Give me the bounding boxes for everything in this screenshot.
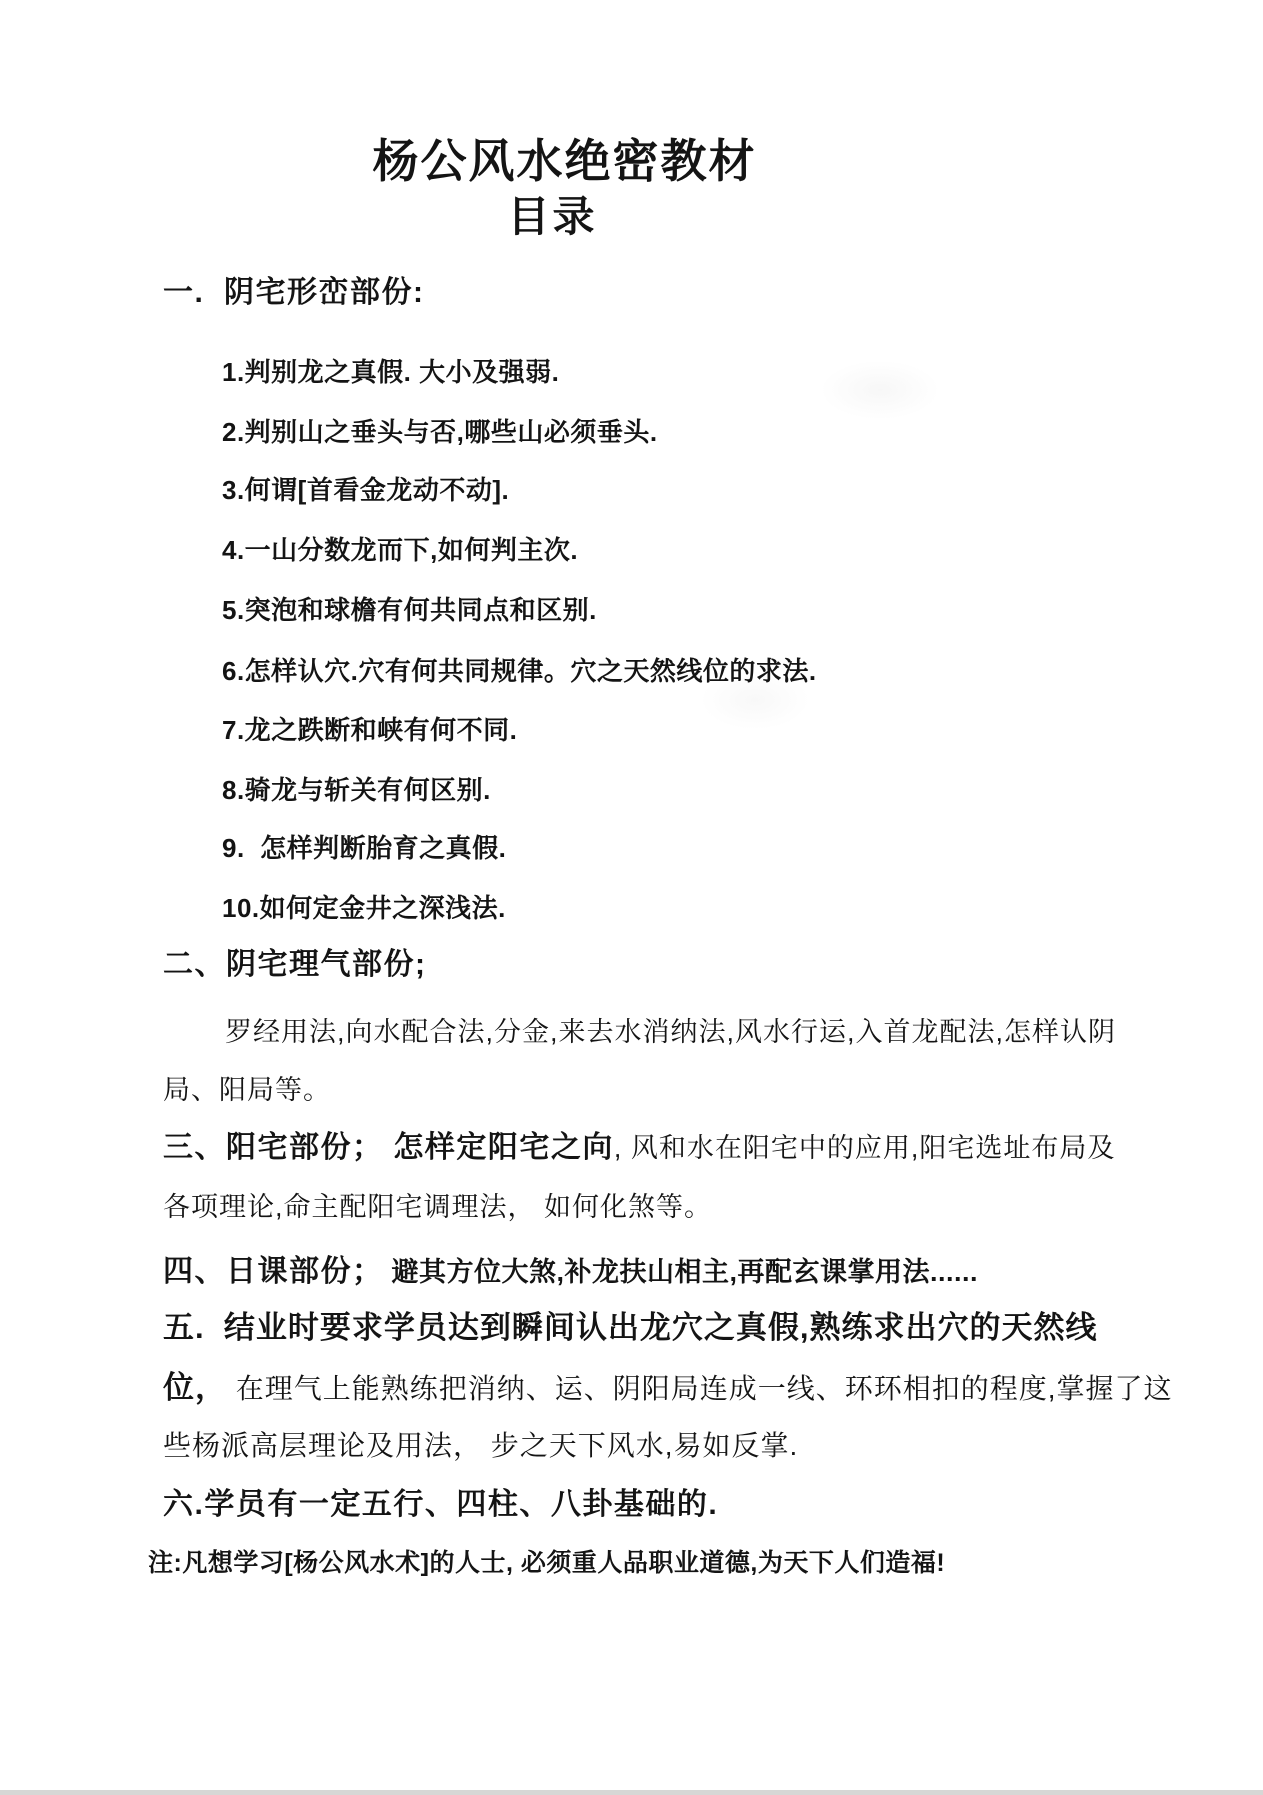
- section-5-line-2-rest: 在理气上能熟练把消纳、运、阴阳局连成一线、环环相扣的程度,掌握了这: [227, 1373, 1173, 1404]
- toc-item-6: 6.怎样认穴.穴有何共同规律。穴之天然线位的求法.: [222, 658, 817, 684]
- toc-item-4: 4.一山分数龙而下,如何判主次.: [222, 537, 578, 563]
- section-4-rest: 避其方位大煞,补龙扶山相主,再配玄课掌用法......: [384, 1257, 979, 1287]
- toc-item-3: 3.何谓[首看金龙动不动].: [222, 477, 509, 503]
- section-5-line-2: 位， 在理气上能熟练把消纳、运、阴阳局连成一线、环环相扣的程度,掌握了这: [163, 1372, 1173, 1403]
- toc-item-2: 2.判别山之垂头与否,哪些山必须垂头.: [222, 419, 658, 445]
- page-title: 杨公风水绝密教材: [0, 138, 1196, 184]
- page-subtitle: 目录: [0, 196, 1184, 238]
- section-2-heading: 二、阴宅理气部份;: [163, 950, 427, 980]
- section-3-heading: 三、阳宅部份； 怎样定阳宅之向: [163, 1131, 614, 1164]
- toc-item-1: 1.判别龙之真假. 大小及强弱.: [222, 359, 559, 385]
- section-1-heading: 一. 阴宅形峦部份:: [163, 278, 425, 308]
- footer-note: 注:凡想学习[杨公风水术]的人士, 必须重人品职业道德,为天下人们造福!: [148, 1551, 945, 1576]
- section-5-line-1: 五. 结业时要求学员达到瞬间认出龙穴之真假,熟练求出穴的天然线: [163, 1312, 1097, 1343]
- section-3-line-1: 三、阳宅部份； 怎样定阳宅之向, 风和水在阳宅中的应用,阳宅选址布局及: [163, 1133, 1115, 1163]
- section-5-line-2-bold: 位，: [163, 1370, 227, 1405]
- section-5-line-3: 些杨派高层理论及用法， 步之天下风水,易如反掌.: [163, 1432, 798, 1460]
- document-page: 杨公风水绝密教材 目录 一. 阴宅形峦部份: 1.判别龙之真假. 大小及强弱. …: [0, 0, 1263, 1795]
- section-6-heading: 六.学员有一定五行、四柱、八卦基础的.: [163, 1490, 718, 1520]
- scan-edge-shadow: [0, 1790, 1263, 1795]
- section-4-line: 四、日课部份； 避其方位大煞,补龙扶山相主,再配玄课掌用法......: [163, 1257, 978, 1287]
- section-3-line-1-rest: , 风和水在阳宅中的应用,阳宅选址布局及: [614, 1133, 1116, 1163]
- paper-smudge: [820, 360, 940, 420]
- section-4-heading: 四、日课部份；: [163, 1255, 384, 1288]
- toc-item-8: 8.骑龙与斩关有何区别.: [222, 777, 491, 803]
- section-3-line-2: 各项理论,命主配阳宅调理法， 如何化煞等。: [163, 1194, 712, 1221]
- section-2-body-line-1: 罗经用法,向水配合法,分金,来去水消纳法,风水行运,入首龙配法,怎样认阴: [225, 1019, 1116, 1046]
- toc-item-7: 7.龙之跌断和峡有何不同.: [222, 717, 517, 743]
- toc-item-5: 5.突泡和球檐有何共同点和区别.: [222, 597, 597, 623]
- toc-item-10: 10.如何定金井之深浅法.: [222, 895, 506, 921]
- section-2-body-line-2: 局、阳局等。: [163, 1077, 331, 1104]
- toc-item-9: 9. 怎样判断胎育之真假.: [222, 835, 506, 861]
